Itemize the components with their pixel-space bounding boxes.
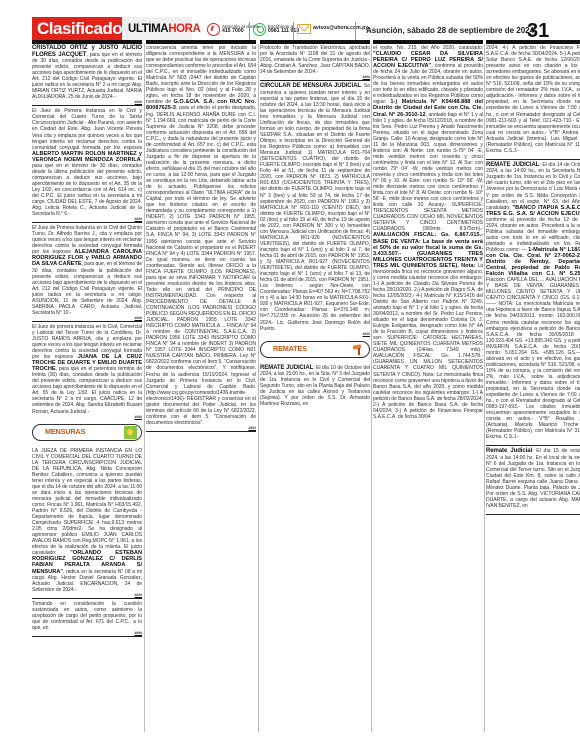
notice-text: , para el efecto el perito designado, In… [146,105,256,425]
notice-code: #### [32,217,142,221]
notice-text: consecuencia amerita tener por iniciado … [146,45,256,105]
contact-email-value: avisos@uhora.com.py [313,26,368,32]
column-divider [484,44,485,732]
whatsapp-icon [253,23,266,36]
section-brand: Clasificados [32,17,122,41]
notice-code: #### [32,415,142,419]
notice-text: . Fracción CAPILLA DEL ... AVALUACION FI… [486,271,580,440]
notice-lead: Remate Judicial [486,448,532,454]
publication-date: Asunción, sábado 28 de septiembre de 202… [366,26,534,35]
column-3: Protocolo de Tramitación Electrónica, ap… [260,44,370,742]
header-separator [355,22,356,40]
column-divider [258,44,259,732]
mensura-notice-continued: consecuencia amerita tener por iniciado … [146,44,256,432]
notice-lead: REMATE JUDICIAL [486,162,539,168]
map-pin-icon [124,426,137,439]
section-header-mensuras: MENSURAS [32,424,142,441]
mensura-notice: Tomando en consideración la cuestión sus… [32,600,142,637]
remate-notice-continued: el expte. No. 215, del Año 2020, caratul… [373,44,483,421]
gavel-icon [352,343,365,356]
notice-code: #### [32,593,142,597]
notice-text: LA JUEZA DE PRIMERA INSTANCIA EN LO CIVI… [32,448,142,557]
notice-text: Tomando en consideración la cuestión sus… [32,601,142,631]
page-header: Clasificados ULTIMAHORA Atención al clie… [0,0,580,40]
edict-notice: CRISTALDO ORTIZ y JUSTO ALICIO FLORES JA… [32,44,142,106]
notice-code: #### [486,509,580,513]
notice-valuation: AVALUACIÓN FISCAL: Gs. 6.867.015.- BASE … [373,232,483,268]
mail-icon [297,24,311,34]
notice-text: : El día 15 de octubre del 2024, a las 1… [486,448,580,509]
notice-text: , para que en el perentorio término de t… [32,366,142,414]
phone-icon [207,23,220,36]
contact-email: avisos@uhora.com.py [297,19,368,39]
logo-part2: HORA [168,23,200,35]
section-header-remates: REMATES [260,341,370,358]
notice-text: : El día 10 de Octubre del 2024, a las 1… [260,365,370,408]
column-divider [144,44,145,732]
notice-text: , anotado bajo el N° 1 y al folio 1 y sg… [373,112,483,233]
column-divider [371,44,372,732]
notice-code: #### [260,332,370,336]
notice-code: #### [486,440,580,444]
notice-text: 2024; 4-) A petición de Financiera Finex… [486,45,580,154]
header-separator [249,22,250,40]
mensura-notice: LA JUEZA DE PRIMERA INSTANCIA EN LO CIVI… [32,447,142,599]
notice-text: , para que en el término de 30 días, con… [32,52,142,101]
remate-notice-continued: 2024; 4-) A petición de Financiera Finex… [486,44,580,160]
notice-code: #### [486,154,580,158]
notice-text: Protocolo de Tramitación Electrónica, ap… [260,45,370,75]
edict-notice: El Juez de Primera Instancia en lo Civil… [32,107,142,223]
notice-text: La mencionada finca no reconoce gravamen… [373,263,483,420]
column-1: CRISTALDO ORTIZ y JUSTO ALICIO FLORES JA… [32,44,142,742]
notice-code: #### [32,631,142,635]
edict-notice: El Juez de Primera Instancia en lo Civil… [32,224,142,322]
notice-text: : El día 14 de Octubre de 2024, a las 14… [486,162,580,211]
notice-text: El Juez de Primera Instancia en lo Civil… [32,108,142,150]
notice-lead: CIRCULAR DE MENSURA JUDICIAL [260,83,361,89]
notice-code: #### [32,100,142,104]
notice-code: #### [146,426,256,430]
remate-notice: Remate Judicial: El día 15 de octubre de… [486,447,580,515]
mensura-notice-continued: Protocolo de Tramitación Electrónica, ap… [260,44,370,81]
remate-notice: REMATE JUDICIAL: El día 10 de Octubre de… [260,364,370,409]
notice-parties: ALBERTO MARTIN ROLON MARTINEZ y VERONICA… [32,151,142,163]
contact-whatsapp-value: 0981 111 013 [268,29,299,35]
notice-code: #### [32,316,142,320]
edict-notice: El Juez de primera instancia en lo Civil… [32,323,142,420]
notice-code: #### [260,75,370,79]
column-2: consecuencia amerita tener por iniciado … [146,44,256,742]
section-title: MENSURAS [45,429,85,435]
notice-lead: REMATE JUDICIAL [260,365,313,371]
notice-text: , para que, en el término de 30 días, co… [32,261,142,315]
column-4: el expte. No. 215, del Año 2020, caratul… [373,44,483,742]
newspaper-logo: ULTIMAHORA [128,22,200,36]
logo-part1: ULTIMA [128,23,168,35]
circular-mensura-notice: CIRCULAR DE MENSURA JUDICIAL. Se comunic… [260,82,370,336]
column-5: 2024; 4-) A petición de Financiera Finex… [486,44,580,742]
section-title: REMATES [273,346,307,352]
header-separator [293,22,294,40]
remate-notice: REMATE JUDICIAL: El día 14 de Octubre de… [486,161,580,447]
notice-text: , para que en el término de 30 días, con… [32,157,142,217]
notice-text: . Se comunica a quienes puedan tener int… [260,83,370,331]
